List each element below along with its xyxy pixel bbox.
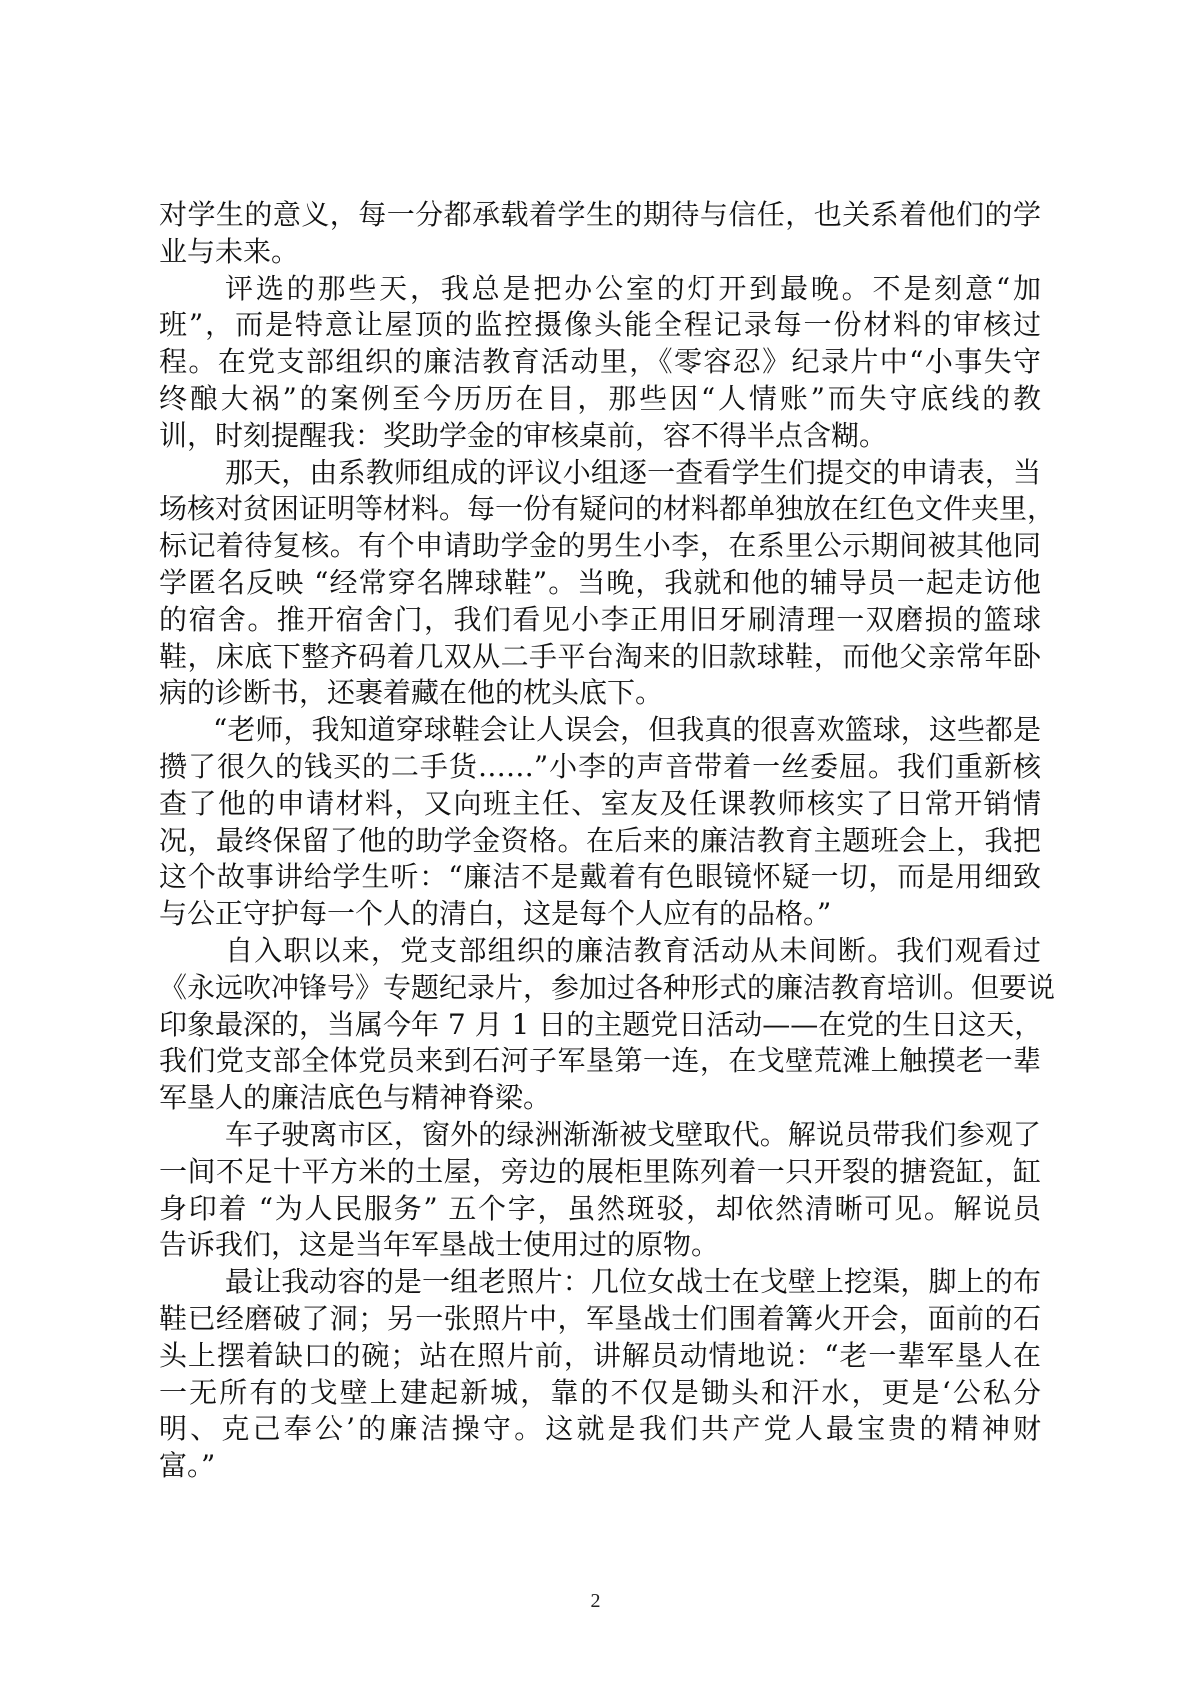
text-line: 班”，而是特意让屋顶的监控摄像头能全程记录每一份材料的审核过 <box>159 307 1041 344</box>
text-line: 的宿舍。推开宿舍门，我们看见小李正用旧牙刷清理一双磨损的篮球 <box>159 602 1041 639</box>
text-line: 终酿大祸”的案例至今历历在目，那些因“人情账”而失守底线的教 <box>159 381 1041 418</box>
text-line: 最让我动容的是一组老照片：几位女战士在戈壁上挖渠，脚上的布 <box>159 1264 1041 1301</box>
text-line: 评选的那些天，我总是把办公室的灯开到最晚。不是刻意“加 <box>159 271 1041 308</box>
text-line: 自入职以来，党支部组织的廉洁教育活动从未间断。我们观看过 <box>159 933 1041 970</box>
text-line: 标记着待复核。有个申请助学金的男生小李，在系里公示期间被其他同 <box>159 528 1041 565</box>
text-line: 与公正守护每一个人的清白，这是每个人应有的品格。” <box>159 896 1041 933</box>
text-line: 身印着 “为人民服务” 五个字，虽然斑驳，却依然清晰可见。解说员 <box>159 1191 1041 1228</box>
page-number: 2 <box>0 1590 1191 1613</box>
paragraph: 自入职以来，党支部组织的廉洁教育活动从未间断。我们观看过 《永远吹冲锋号》专题纪… <box>159 933 1041 1117</box>
text-line: 明、克己奉公’的廉洁操守。这就是我们共产党人最宝贵的精神财 <box>159 1411 1041 1448</box>
text-line: 一无所有的戈壁上建起新城，靠的不仅是锄头和汗水，更是‘公私分 <box>159 1375 1041 1412</box>
text-line: 学匿名反映 “经常穿名牌球鞋”。当晚，我就和他的辅导员一起走访他 <box>159 565 1041 602</box>
text-line: 攒了很久的钱买的二手货……”小李的声音带着一丝委屈。我们重新核 <box>159 749 1041 786</box>
paragraph: 最让我动容的是一组老照片：几位女战士在戈壁上挖渠，脚上的布 鞋已经磨破了洞；另一… <box>159 1264 1041 1485</box>
paragraph: “老师，我知道穿球鞋会让人误会，但我真的很喜欢篮球，这些都是 攒了很久的钱买的二… <box>159 712 1041 933</box>
text-line: 场核对贫困证明等材料。每一份有疑问的材料都单独放在红色文件夹里， <box>159 491 1041 528</box>
paragraph: 对学生的意义，每一分都承载着学生的期待与信任，也关系着他们的学 业与未来。 <box>159 197 1041 271</box>
text-line: 这个故事讲给学生听：“廉洁不是戴着有色眼镜怀疑一切，而是用细致 <box>159 859 1041 896</box>
document-body: 对学生的意义，每一分都承载着学生的期待与信任，也关系着他们的学 业与未来。 评选… <box>159 197 1041 1485</box>
text-line: 一间不足十平方米的土屋，旁边的展柜里陈列着一只开裂的搪瓷缸，缸 <box>159 1154 1041 1191</box>
text-line: 头上摆着缺口的碗；站在照片前，讲解员动情地说：“老一辈军垦人在 <box>159 1338 1041 1375</box>
text-line: 鞋，床底下整齐码着几双从二手平台淘来的旧款球鞋，而他父亲常年卧 <box>159 639 1041 676</box>
text-line: 训，时刻提醒我：奖助学金的审核桌前，容不得半点含糊。 <box>159 418 1041 455</box>
text-line: 业与未来。 <box>159 234 1041 271</box>
paragraph: 那天，由系教师组成的评议小组逐一查看学生们提交的申请表，当 场核对贫困证明等材料… <box>159 455 1041 713</box>
text-line: 军垦人的廉洁底色与精神脊梁。 <box>159 1080 1041 1117</box>
text-line: 我们党支部全体党员来到石河子军垦第一连，在戈壁荒滩上触摸老一辈 <box>159 1043 1041 1080</box>
text-line: 病的诊断书，还裹着藏在他的枕头底下。 <box>159 675 1041 712</box>
text-line: 印象最深的，当属今年 7 月 1 日的主题党日活动——在党的生日这天， <box>159 1007 1041 1044</box>
text-line: 程。在党支部组织的廉洁教育活动里，《零容忍》纪录片中“小事失守 <box>159 344 1041 381</box>
text-line: 告诉我们，这是当年军垦战士使用过的原物。 <box>159 1227 1041 1264</box>
text-line: 况，最终保留了他的助学金资格。在后来的廉洁教育主题班会上，我把 <box>159 823 1041 860</box>
text-line: 富。” <box>159 1448 1041 1485</box>
text-line: “老师，我知道穿球鞋会让人误会，但我真的很喜欢篮球，这些都是 <box>159 712 1041 749</box>
text-line: 那天，由系教师组成的评议小组逐一查看学生们提交的申请表，当 <box>159 455 1041 492</box>
document-page: 对学生的意义，每一分都承载着学生的期待与信任，也关系着他们的学 业与未来。 评选… <box>0 0 1191 1684</box>
paragraph: 车子驶离市区，窗外的绿洲渐渐被戈壁取代。解说员带我们参观了 一间不足十平方米的土… <box>159 1117 1041 1264</box>
paragraph: 评选的那些天，我总是把办公室的灯开到最晚。不是刻意“加 班”，而是特意让屋顶的监… <box>159 271 1041 455</box>
text-line: 查了他的申请材料，又向班主任、室友及任课教师核实了日常开销情 <box>159 786 1041 823</box>
text-line: 鞋已经磨破了洞；另一张照片中，军垦战士们围着篝火开会，面前的石 <box>159 1301 1041 1338</box>
text-line: 车子驶离市区，窗外的绿洲渐渐被戈壁取代。解说员带我们参观了 <box>159 1117 1041 1154</box>
text-line: 《永远吹冲锋号》专题纪录片，参加过各种形式的廉洁教育培训。但要说 <box>159 970 1041 1007</box>
text-line: 对学生的意义，每一分都承载着学生的期待与信任，也关系着他们的学 <box>159 197 1041 234</box>
